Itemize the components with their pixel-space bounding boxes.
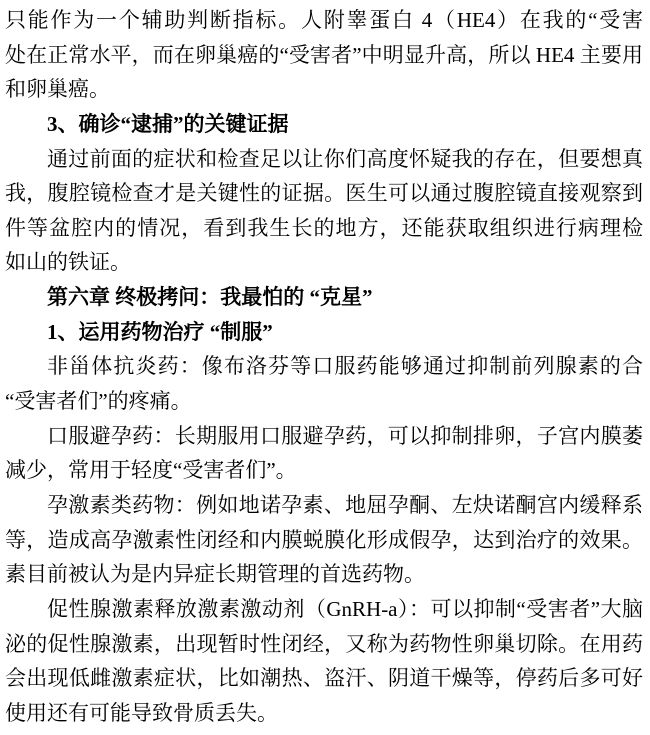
text-line: 减少，常用于轻度“受害者们”。 [5,453,643,488]
text-line: 通过前面的症状和检查足以让你们高度怀疑我的存在，但要想真正 “逮捕” [5,142,643,177]
section-heading: 第六章 终极拷问：我最怕的 “克星” [5,280,643,315]
text-line: 件等盆腔内的情况，看到我生长的地方，还能获取组织进行病理检查，这才是最 [5,211,643,246]
paragraph: 只能作为一个辅助判断指标。人附睾蛋白 4（HE4）在我的“受害者”血清中多处在正… [5,3,643,107]
paragraph: 非甾体抗炎药：像布洛芬等口服药能够通过抑制前列腺素的合成，从而减轻“受害者们”的… [5,349,643,418]
text-line: 只能作为一个辅助判断指标。人附睾蛋白 4（HE4）在我的“受害者”血清中多 [5,3,643,38]
text-line: 素目前被认为是内异症长期管理的首选药物。 [5,557,643,592]
document-body: 只能作为一个辅助判断指标。人附睾蛋白 4（HE4）在我的“受害者”血清中多处在正… [5,3,643,730]
text-line: 使用还有可能导致骨质丢失。 [5,696,643,731]
text-line: 口服避孕药：长期服用口服避孕药，可以抑制排卵，子宫内膜萎缩，月经量 [5,419,643,454]
text-line: 孕激素类药物：例如地诺孕素、地屈孕酮、左炔诺酮宫内缓释系统（曼月乐） [5,488,643,523]
text-line: 等，造成高孕激素性闭经和内膜蜕膜化形成假孕，达到治疗的效果。其中地诺孕 [5,523,643,558]
text-line: 3、确诊“逮捕”的关键证据 [5,107,643,142]
text-line: 如山的铁证。 [5,245,643,280]
text-line: 第六章 终极拷问：我最怕的 “克星” [5,280,643,315]
paragraph: 孕激素类药物：例如地诺孕素、地屈孕酮、左炔诺酮宫内缓释系统（曼月乐）等，造成高孕… [5,488,643,592]
text-line: 1、运用药物治疗 “制服” [5,315,643,350]
text-line: 会出现低雌激素症状，比如潮热、盗汗、阴道干燥等，停药后多可好转，但长期 [5,661,643,696]
text-line: 促性腺激素释放激素激动剂（GnRH-a）：可以抑制“受害者”大脑里垂体分 [5,592,643,627]
section-heading: 3、确诊“逮捕”的关键证据 [5,107,643,142]
section-heading: 1、运用药物治疗 “制服” [5,315,643,350]
text-line: “受害者们”的疼痛。 [5,384,643,419]
text-line: 和卵巢癌。 [5,72,643,107]
document-page: 只能作为一个辅助判断指标。人附睾蛋白 4（HE4）在我的“受害者”血清中多处在正… [0,0,650,735]
text-line: 泌的促性腺激素，出现暂时性闭经，又称为药物性卵巢切除。在用药过程中常常 [5,627,643,662]
text-line: 处在正常水平，而在卵巢癌的“受害者”中明显升高，所以 HE4 主要用于鉴别我 [5,38,643,73]
text-line: 我，腹腔镜检查才是关键性的证据。医生可以通过腹腔镜直接观察到子宫、双附 [5,176,643,211]
paragraph: 通过前面的症状和检查足以让你们高度怀疑我的存在，但要想真正 “逮捕”我，腹腔镜检… [5,142,643,281]
text-line: 非甾体抗炎药：像布洛芬等口服药能够通过抑制前列腺素的合成，从而减轻 [5,349,643,384]
paragraph: 口服避孕药：长期服用口服避孕药，可以抑制排卵，子宫内膜萎缩，月经量减少，常用于轻… [5,419,643,488]
paragraph: 促性腺激素释放激素激动剂（GnRH-a）：可以抑制“受害者”大脑里垂体分泌的促性… [5,592,643,731]
